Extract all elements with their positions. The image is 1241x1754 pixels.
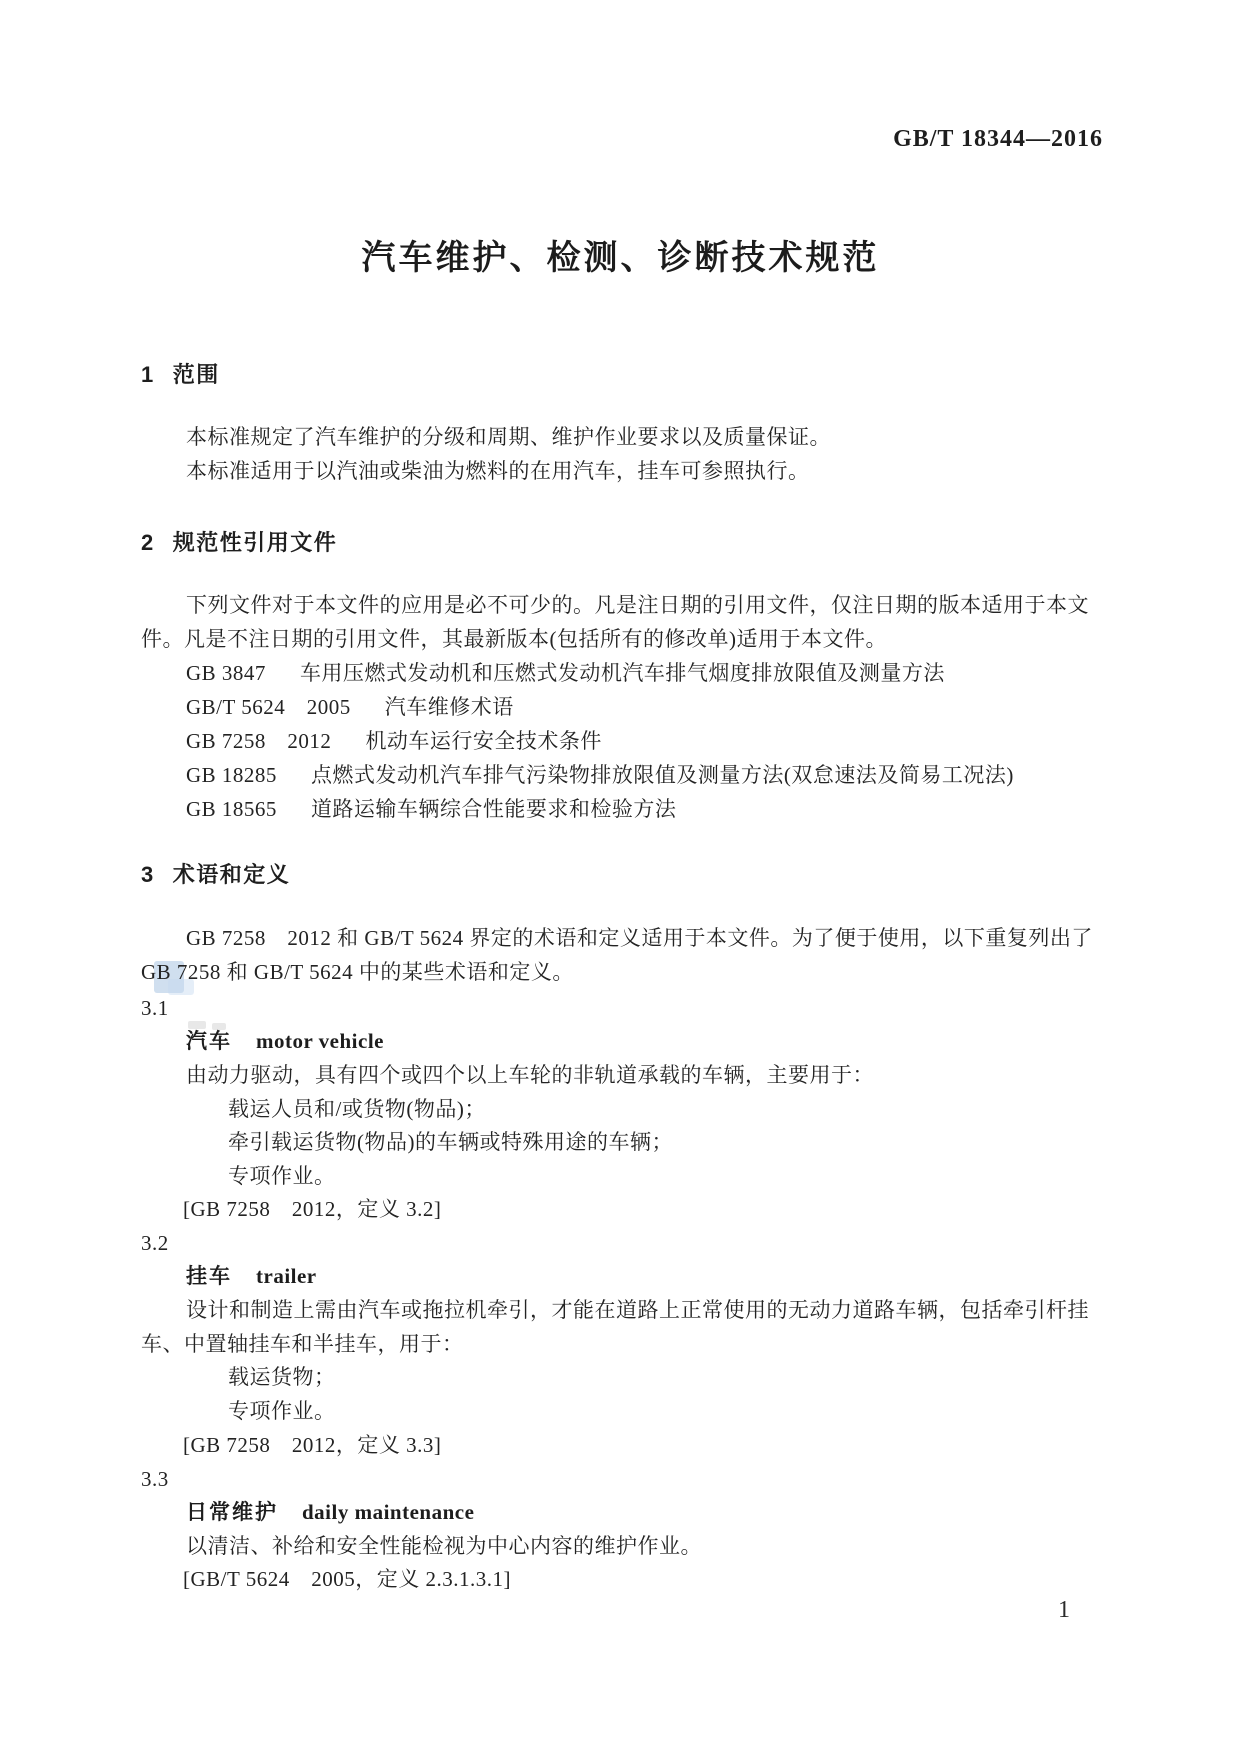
references-intro-line-1: 下列文件对于本文件的应用是必不可少的。凡是注日期的引用文件，仅注日期的版本适用于…: [186, 592, 1089, 618]
term-3-2-item: 专项作业。: [228, 1398, 336, 1424]
term-3-1-item: 专项作业。: [228, 1163, 336, 1189]
reference-item: GB 18285 点燃式发动机汽车排气污染物排放限值及测量方法(双怠速法及简易工…: [186, 762, 1014, 788]
term-3-1-definition: 由动力驱动，具有四个或四个以上车轮的非轨道承载的车辆，主要用于：: [186, 1062, 874, 1088]
term-3-1-source: [GB 7258 2012，定义 3.2]: [183, 1196, 441, 1222]
term-en: motor vehicle: [256, 1028, 384, 1054]
document-title: 汽车维护、检测、诊断技术规范: [0, 230, 1241, 279]
reference-item: GB 18565 道路运输车辆综合性能要求和检验方法: [186, 796, 676, 822]
reference-title: 汽车维修术语: [385, 694, 514, 720]
reference-code: GB/T 5624 2005: [186, 694, 351, 720]
term-en: trailer: [256, 1263, 317, 1289]
section-3-title: 术语和定义: [173, 858, 291, 889]
document-page: GB/T 18344—2016 汽车维护、检测、诊断技术规范 1 范围 本标准规…: [0, 0, 1241, 1754]
term-en: daily maintenance: [302, 1499, 474, 1525]
reference-title: 车用压燃式发动机和压燃式发动机汽车排气烟度排放限值及测量方法: [300, 660, 945, 686]
term-zh: 挂车: [186, 1264, 232, 1290]
term-3-3-id: 3.3: [141, 1466, 169, 1492]
reference-title: 点燃式发动机汽车排气污染物排放限值及测量方法(双怠速法及简易工况法): [311, 762, 1014, 788]
standard-code: GB/T 18344—2016: [893, 126, 1103, 153]
page-number: 1: [1058, 1597, 1070, 1624]
section-2-title: 规范性引用文件: [173, 526, 338, 557]
term-3-2-definition-line-2: 车、中置轴挂车和半挂车，用于：: [141, 1331, 464, 1357]
term-3-3-definition: 以清洁、补给和安全性能检视为中心内容的维护作业。: [186, 1533, 702, 1559]
term-3-2-id: 3.2: [141, 1230, 169, 1256]
term-zh: 日常维护: [186, 1500, 278, 1526]
reference-item: GB 3847 车用压燃式发动机和压燃式发动机汽车排气烟度排放限值及测量方法: [186, 660, 945, 686]
reference-code: GB 7258 2012: [186, 728, 331, 754]
reference-item: GB 7258 2012 机动车运行安全技术条件: [186, 728, 602, 754]
term-3-2-source: [GB 7258 2012，定义 3.3]: [183, 1432, 441, 1458]
term-3-1-name: 汽车 motor vehicle: [186, 1028, 384, 1055]
section-3-number: 3: [141, 862, 155, 888]
term-3-1-item: 牵引载运货物(物品)的车辆或特殊用途的车辆；: [228, 1129, 673, 1155]
reference-code: GB 18565: [186, 796, 277, 822]
term-zh: 汽车: [186, 1029, 232, 1055]
references-intro-line-2: 件。凡是不注日期的引用文件，其最新版本(包括所有的修改单)适用于本文件。: [141, 626, 887, 652]
scope-paragraph-1: 本标准规定了汽车维护的分级和周期、维护作业要求以及质量保证。: [186, 424, 831, 450]
reference-item: GB/T 5624 2005 汽车维修术语: [186, 694, 514, 720]
term-3-1-item: 载运人员和/或货物(物品)；: [228, 1096, 486, 1122]
term-3-3-name: 日常维护 daily maintenance: [186, 1499, 474, 1526]
term-3-2-item: 载运货物；: [228, 1364, 336, 1390]
section-1-heading: 1 范围: [141, 358, 220, 389]
term-3-3-source: [GB/T 5624 2005，定义 2.3.1.3.1]: [183, 1566, 511, 1592]
reference-code: GB 3847: [186, 660, 266, 686]
section-2-number: 2: [141, 530, 155, 556]
section-1-number: 1: [141, 362, 155, 388]
section-2-heading: 2 规范性引用文件: [141, 526, 337, 557]
section-1-title: 范围: [173, 358, 220, 389]
term-3-1-id: 3.1: [141, 995, 169, 1021]
terms-intro-line-2: GB 7258 和 GB/T 5624 中的某些术语和定义。: [141, 959, 574, 985]
section-3-heading: 3 术语和定义: [141, 858, 290, 889]
term-3-2-definition-line-1: 设计和制造上需由汽车或拖拉机牵引，才能在道路上正常使用的无动力道路车辆，包括牵引…: [186, 1297, 1089, 1323]
terms-intro-line-1: GB 7258 2012 和 GB/T 5624 界定的术语和定义适用于本文件。…: [186, 925, 1093, 951]
reference-title: 道路运输车辆综合性能要求和检验方法: [311, 796, 677, 822]
term-3-2-name: 挂车 trailer: [186, 1263, 317, 1290]
reference-code: GB 18285: [186, 762, 277, 788]
scope-paragraph-2: 本标准适用于以汽油或柴油为燃料的在用汽车，挂车可参照执行。: [186, 458, 810, 484]
reference-title: 机动车运行安全技术条件: [365, 728, 602, 754]
